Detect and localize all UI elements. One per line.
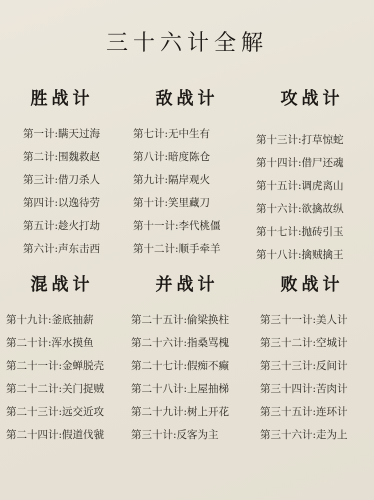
list-item: 第二十一计:金蝉脱壳	[6, 355, 124, 378]
list-item: 第四计:以逸待劳	[23, 192, 124, 215]
stratagem-list: 第七计:无中生有 第八计:暗度陈仓 第九计:隔岸观火 第十计:笑里藏刀 第十一计…	[125, 123, 249, 261]
list-item: 第三十六计:走为上	[260, 424, 374, 447]
stratagem-list: 第十三计:打草惊蛇 第十四计:借尸还魂 第十五计:调虎离山 第十六计:欲擒故纵 …	[250, 123, 374, 267]
list-item: 第十五计:调虎离山	[256, 175, 374, 198]
list-item: 第十八计:擒贼擒王	[256, 244, 374, 267]
list-item: 第三十四计:苦肉计	[260, 378, 374, 401]
list-item: 第十二计:顺手牵羊	[133, 238, 249, 261]
list-item: 第十七计:抛砖引玉	[256, 221, 374, 244]
list-item: 第十计:笑里藏刀	[133, 192, 249, 215]
list-item: 第五计:趁火打劫	[23, 215, 124, 238]
section-defeat-stratagems: 败战计 第三十一计:美人计 第三十二计:空城计 第三十三计:反间计 第三十四计:…	[250, 270, 374, 447]
page-title: 三十六计全解	[0, 26, 374, 57]
list-item: 第二十五计:偷梁换柱	[131, 309, 249, 332]
list-item: 第三十三计:反间计	[260, 355, 374, 378]
list-item: 第二十九计:树上开花	[131, 401, 249, 424]
list-item: 第三计:借刀杀人	[23, 169, 124, 192]
list-item: 第十一计:李代桃僵	[133, 215, 249, 238]
section-enemy-dealing-stratagems: 敌战计 第七计:无中生有 第八计:暗度陈仓 第九计:隔岸观火 第十计:笑里藏刀 …	[125, 84, 249, 261]
section-title: 并战计	[125, 270, 249, 295]
section-proximate-stratagems: 并战计 第二十五计:偷梁换柱 第二十六计:指桑骂槐 第二十七计:假痴不癫 第二十…	[125, 270, 249, 447]
section-title: 败战计	[250, 270, 374, 295]
list-item: 第二十七计:假痴不癫	[131, 355, 249, 378]
list-item: 第三十二计:空城计	[260, 332, 374, 355]
list-item: 第二十三计:远交近攻	[6, 401, 124, 424]
list-item: 第十九计:釜底抽薪	[6, 309, 124, 332]
list-item: 第二计:围魏救赵	[23, 146, 124, 169]
list-item: 第一计:瞒天过海	[23, 123, 124, 146]
list-item: 第八计:暗度陈仓	[133, 146, 249, 169]
list-item: 第六计:声东击西	[23, 238, 124, 261]
list-item: 第二十八计:上屋抽梯	[131, 378, 249, 401]
section-title: 攻战计	[250, 84, 374, 109]
section-attacking-stratagems: 攻战计 第十三计:打草惊蛇 第十四计:借尸还魂 第十五计:调虎离山 第十六计:欲…	[250, 84, 374, 267]
list-item: 第三十五计:连环计	[260, 401, 374, 424]
list-item: 第三十计:反客为主	[131, 424, 249, 447]
section-chaos-stratagems: 混战计 第十九计:釜底抽薪 第二十计:浑水摸鱼 第二十一计:金蝉脱壳 第二十二计…	[0, 270, 124, 447]
list-item: 第七计:无中生有	[133, 123, 249, 146]
section-title: 敌战计	[125, 84, 249, 109]
list-item: 第十六计:欲擒故纵	[256, 198, 374, 221]
list-item: 第二十二计:关门捉贼	[6, 378, 124, 401]
stratagem-list: 第三十一计:美人计 第三十二计:空城计 第三十三计:反间计 第三十四计:苦肉计 …	[250, 309, 374, 447]
list-item: 第十三计:打草惊蛇	[256, 129, 374, 152]
list-item: 第九计:隔岸观火	[133, 169, 249, 192]
list-item: 第十四计:借尸还魂	[256, 152, 374, 175]
stratagem-list: 第一计:瞒天过海 第二计:围魏救赵 第三计:借刀杀人 第四计:以逸待劳 第五计:…	[0, 123, 124, 261]
section-title: 胜战计	[0, 84, 124, 109]
section-victory-stratagems: 胜战计 第一计:瞒天过海 第二计:围魏救赵 第三计:借刀杀人 第四计:以逸待劳 …	[0, 84, 124, 261]
list-item: 第二十六计:指桑骂槐	[131, 332, 249, 355]
list-item: 第二十计:浑水摸鱼	[6, 332, 124, 355]
list-item: 第二十四计:假道伐虢	[6, 424, 124, 447]
stratagem-list: 第十九计:釜底抽薪 第二十计:浑水摸鱼 第二十一计:金蝉脱壳 第二十二计:关门捉…	[0, 309, 124, 447]
section-title: 混战计	[0, 270, 124, 295]
stratagem-list: 第二十五计:偷梁换柱 第二十六计:指桑骂槐 第二十七计:假痴不癫 第二十八计:上…	[125, 309, 249, 447]
list-item: 第三十一计:美人计	[260, 309, 374, 332]
